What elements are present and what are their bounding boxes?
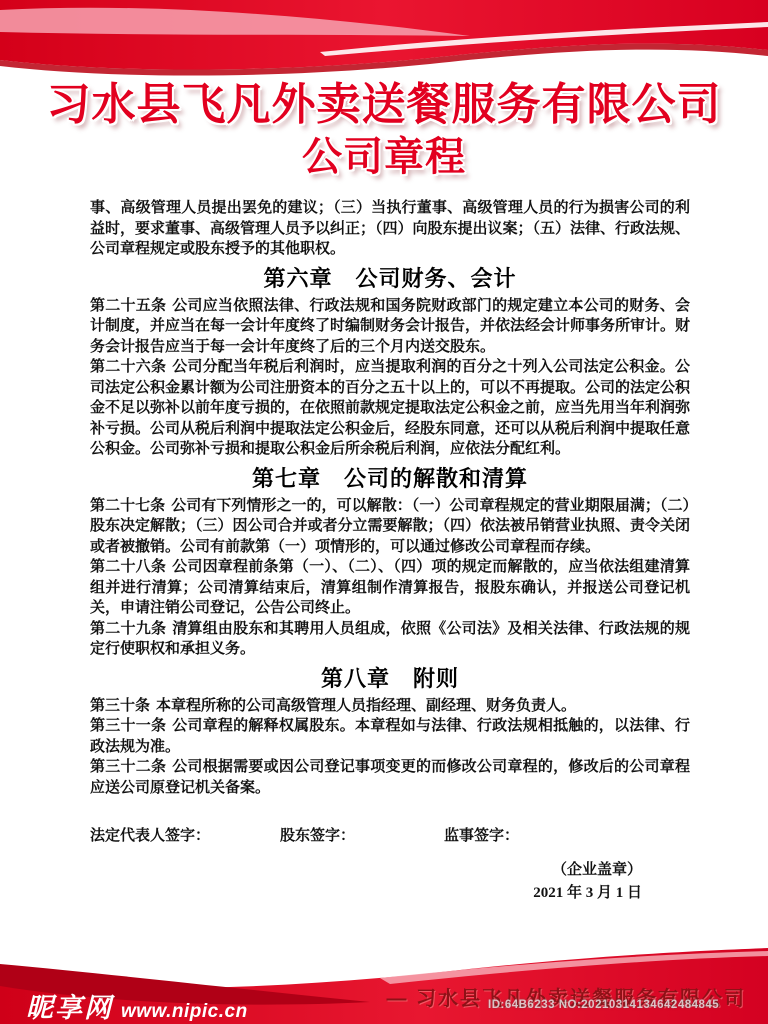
article-30-text: 本章程所称的公司高级管理人员指经理、副经理、财务负责人。 bbox=[156, 698, 576, 714]
article-27-text: 公司有下列情形之一的，可以解散：（一）公司章程规定的营业期限届满；（二）股东决定… bbox=[90, 498, 690, 555]
article-32-text: 公司根据需要或因公司登记事项变更的而修改公司章程的，修改后的公司章程应送公司原登… bbox=[90, 759, 690, 796]
article-32: 第三十二条公司根据需要或因公司登记事项变更的而修改公司章程的，修改后的公司章程应… bbox=[90, 757, 690, 798]
article-30-label: 第三十条 bbox=[90, 698, 150, 714]
article-26: 第二十六条公司分配当年税后利润时，应当提取利润的百分之十列入公司法定公积金。公司… bbox=[90, 357, 690, 460]
legal-representative-signature-label: 法定代表人签字： bbox=[90, 826, 280, 847]
article-25: 第二十五条公司应当依照法律、行政法规和国务院财政部门的规定建立本公司的财务、会计… bbox=[90, 296, 690, 358]
article-25-label: 第二十五条 bbox=[90, 298, 166, 314]
article-27: 第二十七条公司有下列情形之一的，可以解散：（一）公司章程规定的营业期限届满；（二… bbox=[90, 496, 690, 558]
watermark-id-text: ID:64B6233 NO:20210314134642484845 bbox=[488, 999, 719, 1011]
seal-date-block: （企业盖章） 2021 年 3 月 1 日 bbox=[90, 859, 690, 905]
article-29-text: 清算组由股东和其聘用人员组成，依照《公司法》及相关法律、行政法规的规定行使职权和… bbox=[90, 621, 690, 658]
article-26-label: 第二十六条 bbox=[90, 359, 166, 375]
article-29: 第二十九条清算组由股东和其聘用人员组成，依照《公司法》及相关法律、行政法规的规定… bbox=[90, 619, 690, 660]
article-28-text: 公司因章程前条第（一）、（二）、（四）项的规定而解散的，应当依法组建清算组并进行… bbox=[90, 559, 690, 616]
article-31: 第三十一条公司章程的解释权属股东。本章程如与法律、行政法规相抵触的，以法律、行政… bbox=[90, 716, 690, 757]
article-29-label: 第二十九条 bbox=[90, 621, 166, 637]
signature-row: 法定代表人签字：股东签字：监事签字： bbox=[90, 826, 690, 847]
article-25-text: 公司应当依照法律、行政法规和国务院财政部门的规定建立本公司的财务、会计制度，并应… bbox=[90, 298, 690, 355]
nipic-site-logo: 昵享网www.nipic.cn bbox=[26, 986, 248, 1024]
chapter-heading-7: 第七章 公司的解散和清算 bbox=[90, 467, 690, 491]
article-28-label: 第二十八条 bbox=[90, 559, 166, 575]
supervisor-signature-label: 监事签字： bbox=[444, 826, 519, 847]
shareholder-signature-label: 股东签字： bbox=[280, 826, 444, 847]
article-30: 第三十条本章程所称的公司高级管理人员指经理、副经理、财务负责人。 bbox=[90, 696, 690, 717]
site-name: 昵享网 bbox=[26, 993, 113, 1023]
title-block: 习水县飞凡外卖送餐服务有限公司 公司章程 bbox=[0, 80, 768, 180]
intro-paragraph: 事、高级管理人员提出罢免的建议；（三）当执行董事、高级管理人员的行为损害公司的利… bbox=[90, 198, 690, 260]
charter-poster: 习水县飞凡外卖送餐服务有限公司 公司章程 事、高级管理人员提出罢免的建议；（三）… bbox=[0, 0, 768, 1024]
article-31-label: 第三十一条 bbox=[90, 718, 166, 734]
article-26-text: 公司分配当年税后利润时，应当提取利润的百分之十列入公司法定公积金。公司法定公积金… bbox=[90, 359, 690, 457]
article-28: 第二十八条公司因章程前条第（一）、（二）、（四）项的规定而解散的，应当依法组建清… bbox=[90, 557, 690, 619]
poster-title: 习水县飞凡外卖送餐服务有限公司 bbox=[0, 80, 768, 131]
article-32-label: 第三十二条 bbox=[90, 759, 166, 775]
chapter-heading-8: 第八章 附则 bbox=[90, 667, 690, 691]
site-url: www.nipic.cn bbox=[121, 1001, 248, 1022]
top-wave-graphic bbox=[0, 0, 768, 78]
company-seal-line: （企业盖章） bbox=[90, 859, 642, 882]
charter-date: 2021 年 3 月 1 日 bbox=[90, 882, 642, 905]
charter-body: 事、高级管理人员提出罢免的建议；（三）当执行董事、高级管理人员的行为损害公司的利… bbox=[90, 198, 690, 905]
poster-subtitle: 公司章程 bbox=[0, 134, 768, 180]
chapter-heading-6: 第六章 公司财务、会计 bbox=[90, 267, 690, 291]
article-27-label: 第二十七条 bbox=[90, 498, 165, 514]
article-31-text: 公司章程的解释权属股东。本章程如与法律、行政法规相抵触的，以法律、行政法规为准。 bbox=[90, 718, 690, 755]
top-wave-banner bbox=[0, 0, 768, 78]
